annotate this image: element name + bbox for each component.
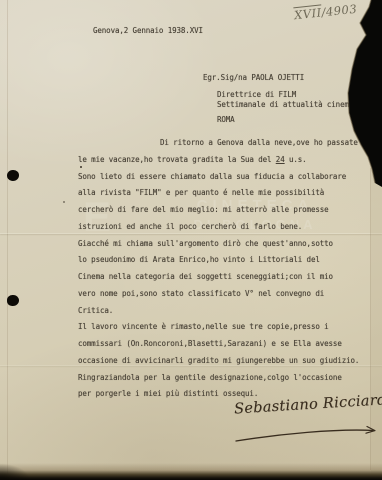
bottom-paper-edge <box>0 463 382 480</box>
ink-speck <box>63 201 65 203</box>
bottom-left-corner-shadow <box>0 458 40 480</box>
ink-speck <box>80 166 82 168</box>
scanned-letter-page: E CINETECA DI BOLOGNA XVII/4903 Genova,2… <box>0 0 382 480</box>
punch-hole-bottom <box>7 295 19 306</box>
torn-edge-overlay <box>0 0 382 480</box>
punch-hole-top <box>7 170 19 181</box>
